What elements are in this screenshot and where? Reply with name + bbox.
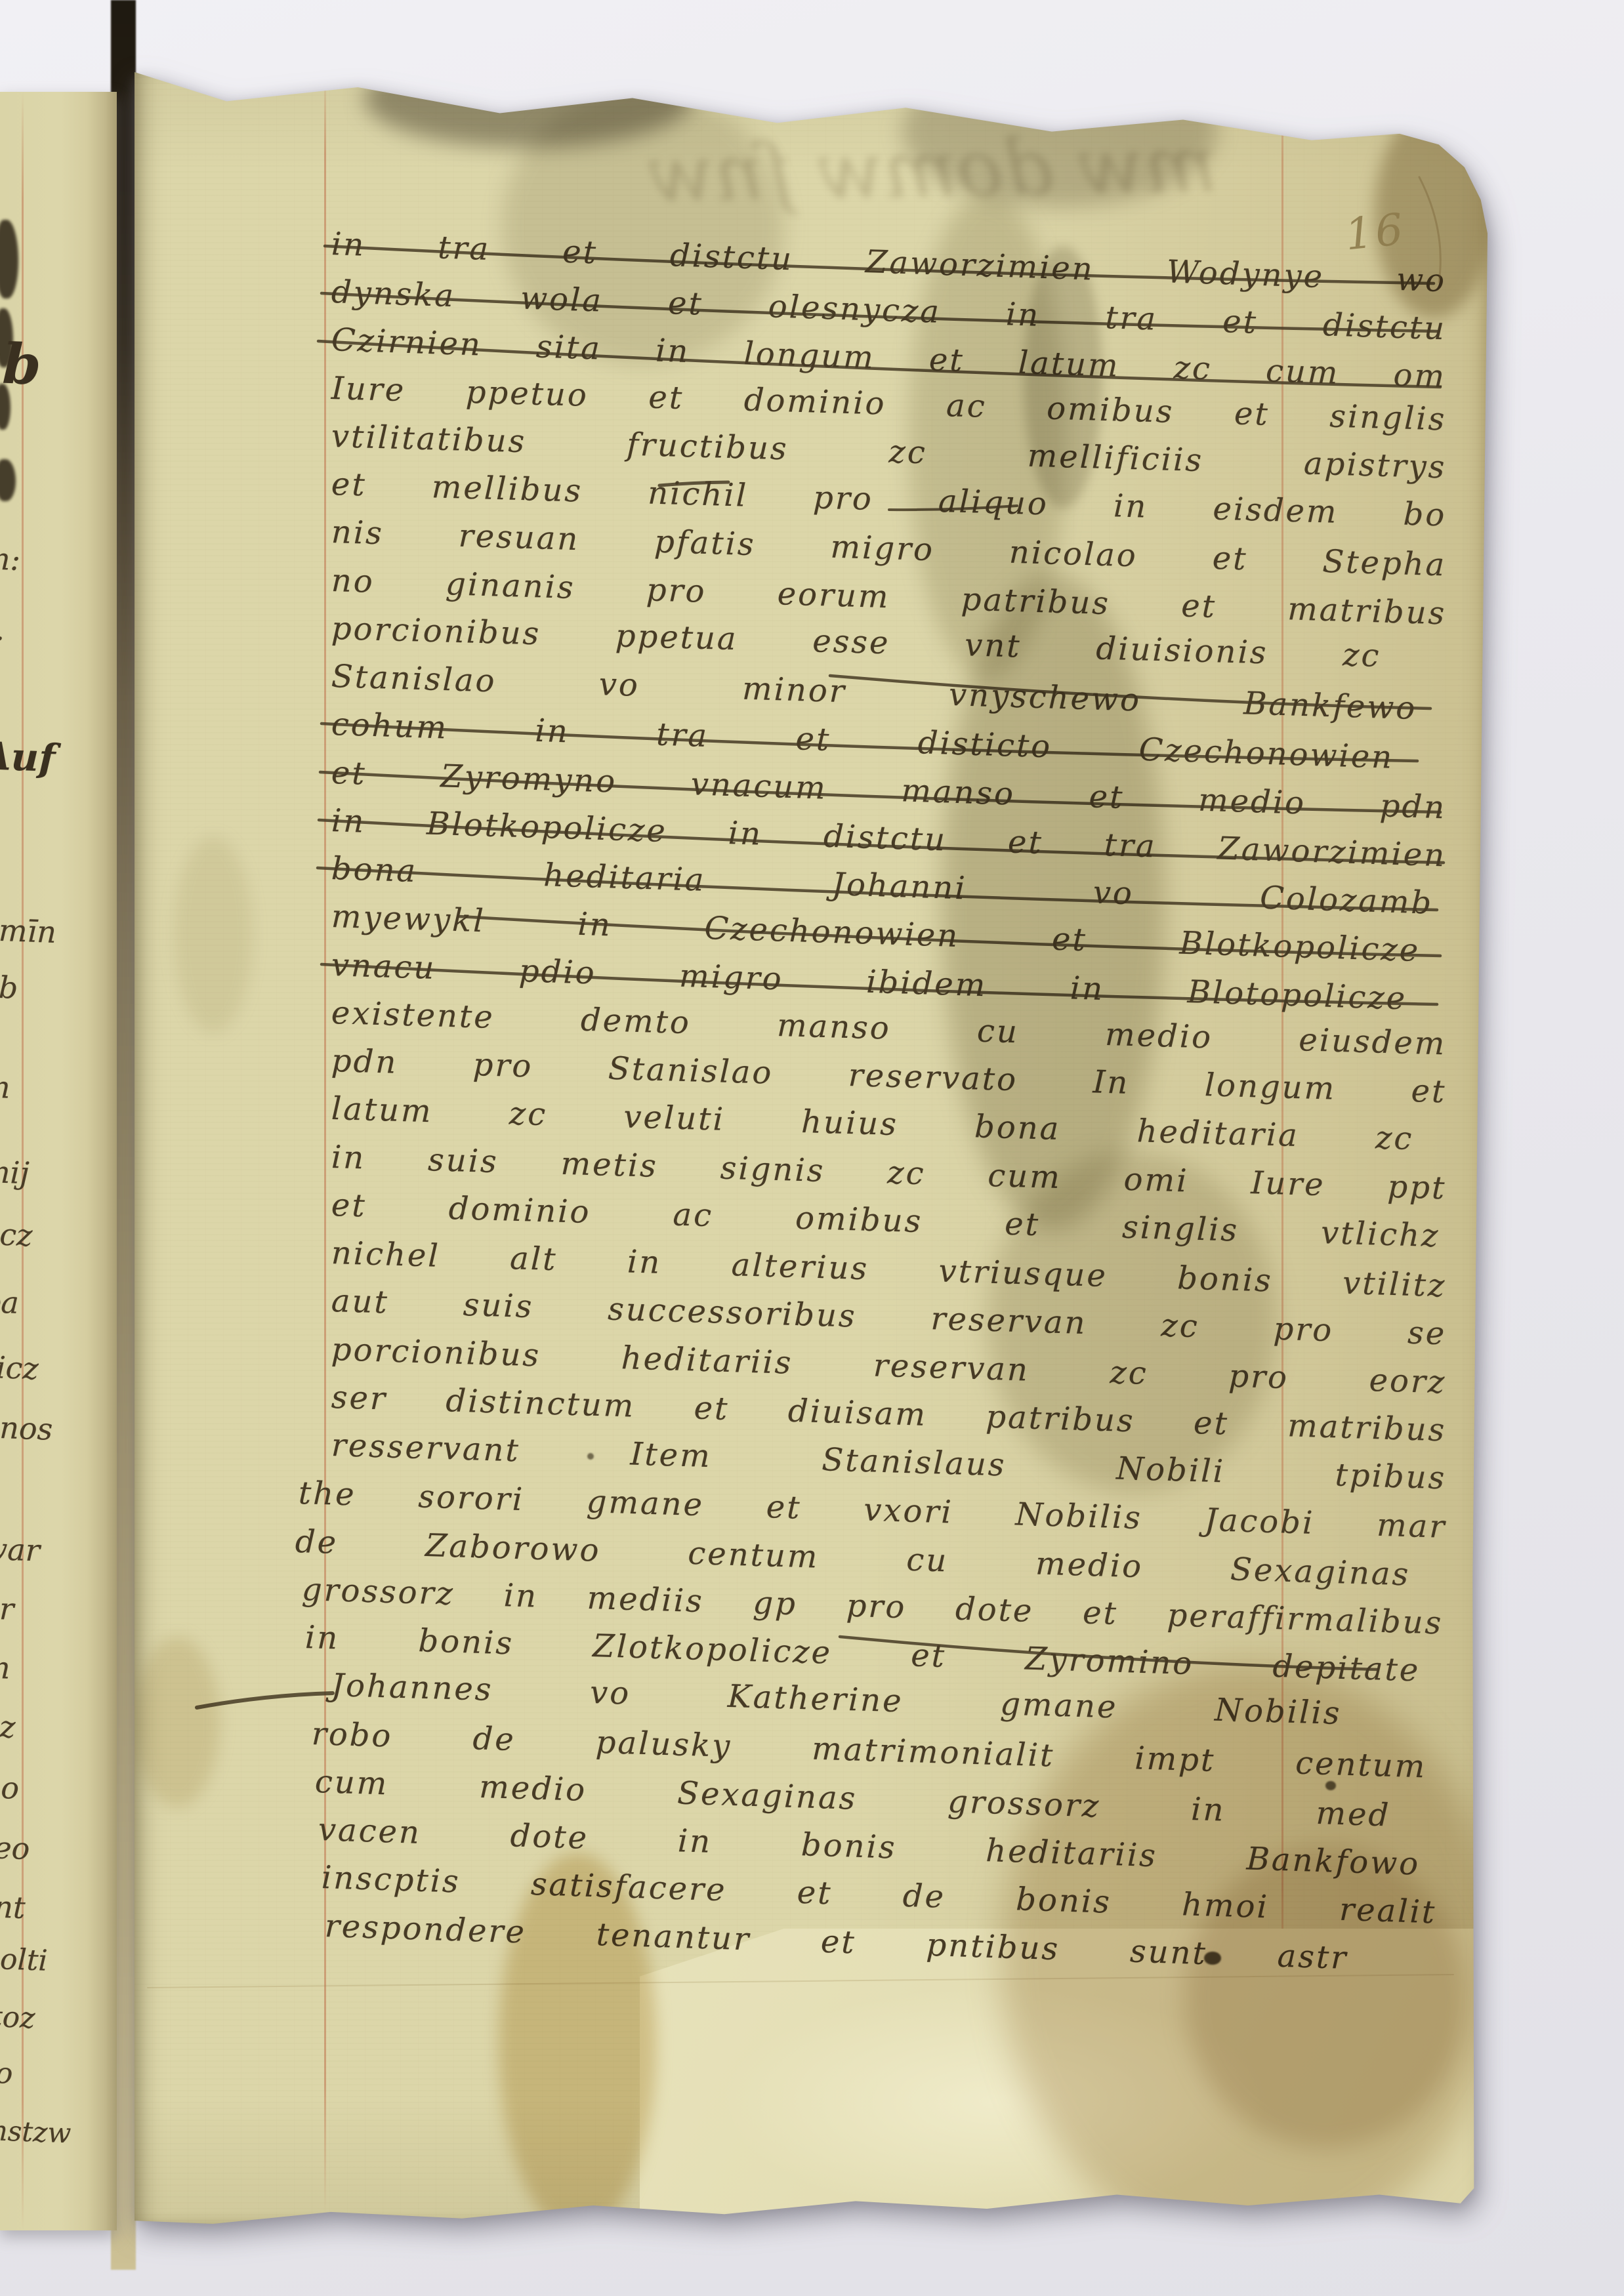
page-edge-shading bbox=[135, 62, 1488, 2227]
margin-text-fragment: pa bbox=[0, 1284, 20, 1321]
margin-text-fragment: bo bbox=[0, 1769, 20, 1806]
margin-text-fragment: ymīn bbox=[0, 912, 57, 950]
margin-text-fragment: ricz bbox=[0, 1349, 39, 1387]
margin-text-fragment: teo bbox=[0, 1830, 30, 1867]
margin-text-fragment: acz bbox=[0, 1216, 33, 1254]
margin-text-fragment: yb bbox=[0, 969, 18, 1006]
margin-text-fragment: m bbox=[0, 1649, 11, 1685]
margin-text-fragment: war bbox=[0, 1530, 41, 1568]
margin-text-fragment: mstzw bbox=[0, 2114, 72, 2150]
margin-text-fragment: anos bbox=[0, 1409, 53, 1447]
margin-text-fragment: mij bbox=[0, 1154, 30, 1191]
margin-text-fragment: ıb bbox=[0, 330, 42, 397]
margin-text-fragment: polti bbox=[0, 1942, 48, 1977]
margin-text-fragment: tnt bbox=[0, 1889, 26, 1925]
ink-blob bbox=[0, 220, 18, 298]
margin-text-fragment: h bbox=[0, 805, 3, 842]
margin-text-fragment: m: bbox=[0, 541, 21, 577]
margin-text-fragment: ez bbox=[0, 1708, 16, 1745]
margin-text-fragment: m bbox=[0, 1069, 11, 1105]
margin-text-fragment: itoz bbox=[0, 2000, 35, 2036]
margin-text-fragment: er bbox=[0, 1590, 14, 1627]
ink-blob bbox=[0, 459, 16, 501]
margin-text-fragment: ro bbox=[0, 2056, 13, 2091]
margin-text-fragment: t: bbox=[0, 621, 5, 657]
photo-backdrop: { "meta": { "artifact": "medieval manusc… bbox=[0, 0, 1624, 2296]
margin-text-fragment: Auf bbox=[0, 733, 56, 781]
manuscript-page-wrapper: mw domw ſnw in tra et distctu Zaworzimie… bbox=[135, 62, 1488, 2227]
previous-page-edge: ıbrm:t:yAufh–ymīnybmmijaczpariczanosiwar… bbox=[0, 92, 117, 2230]
manuscript-page: mw domw ſnw in tra et distctu Zaworzimie… bbox=[135, 62, 1488, 2227]
